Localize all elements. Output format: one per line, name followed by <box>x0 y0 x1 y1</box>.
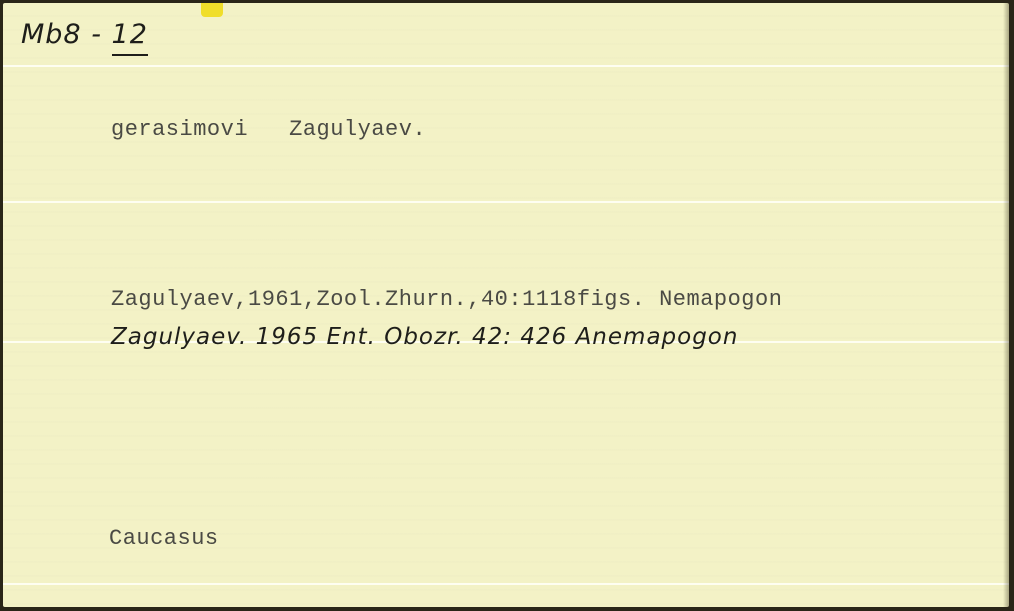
typed-reference: Zagulyaev,1961,Zool.Zhurn.,40:1118figs. … <box>111 287 782 312</box>
locality: Caucasus <box>109 526 219 551</box>
card-edge-shadow <box>1003 3 1009 607</box>
catalog-number-prefix: Mb8 - <box>21 19 112 50</box>
handwritten-reference: Zagulyaev. 1965 Ent. Obozr. 42: 426 Anem… <box>111 324 738 350</box>
card-line <box>3 65 1009 67</box>
catalog-number: Mb8 - 12 <box>21 19 148 50</box>
index-card: Mb8 - 12 gerasimovi Zagulyaev. Zagulyaev… <box>3 3 1009 607</box>
color-tab-marker <box>201 3 223 17</box>
card-line <box>3 583 1009 585</box>
species-name: gerasimovi Zagulyaev. <box>111 117 426 142</box>
catalog-number-suffix: 12 <box>112 19 148 56</box>
card-line <box>3 341 1009 343</box>
card-line <box>3 201 1009 203</box>
